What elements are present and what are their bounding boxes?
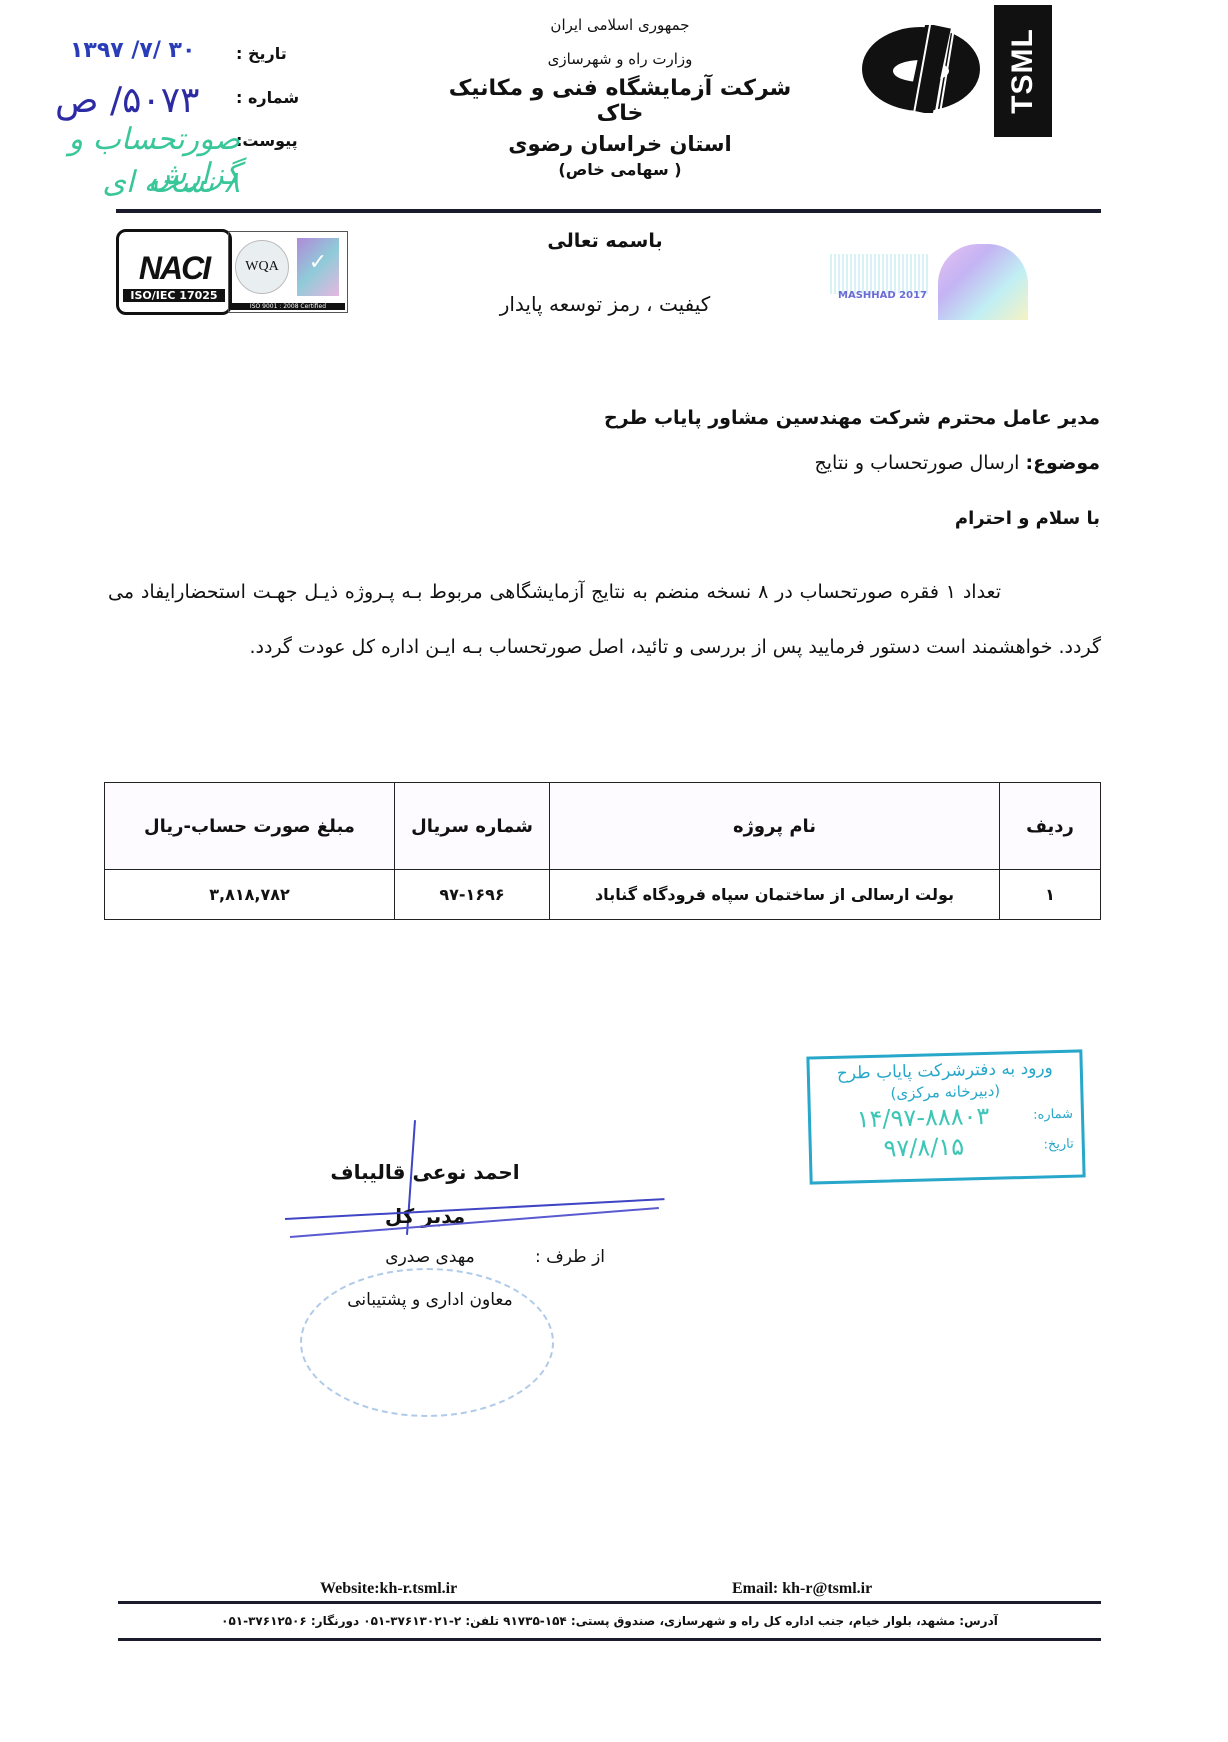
greeting: با سلام و احترام	[955, 508, 1100, 529]
footer-website: Website:kh-r.tsml.ir	[320, 1580, 457, 1598]
iso-cert-text: ISO 9001 : 2008 Certified	[231, 303, 345, 310]
cell-project-name: بولت ارسالی از ساختمان سپاه فرودگاه گناب…	[550, 870, 1000, 920]
date-label: تاریخ :	[236, 44, 287, 63]
invoice-table: ردیف نام پروژه شماره سریال مبلغ صورت حسا…	[104, 782, 1101, 920]
wqa-globe-icon: WQA	[235, 240, 289, 294]
col-header-project-name: نام پروژه	[550, 783, 1000, 870]
footer-email: Email: kh-r@tsml.ir	[732, 1580, 872, 1598]
col-header-row-number: ردیف	[1000, 783, 1101, 870]
cell-invoice-amount: ۳,۸۱۸,۷۸۲	[105, 870, 395, 920]
receipt-date-value: ۹۷/۸/۱۵	[819, 1131, 1028, 1164]
addressee: مدیر عامل محترم شرکت مهندسین مشاور پایاب…	[604, 407, 1100, 429]
signer-name: احمد نوعی قالیباف	[320, 1160, 530, 1184]
footer-divider-top	[118, 1601, 1101, 1604]
receipt-stamp: ورود به دفترشرکت پایاب طرح (دبیرخانه مرک…	[806, 1049, 1085, 1184]
date-value: ۱۳۹۷ /۷/ ۳۰	[70, 38, 195, 63]
receipt-number-value: ۱۴/۹۷-۸۸۸۰۳	[819, 1101, 1028, 1134]
republic-title: جمهوری اسلامی ایران	[430, 16, 810, 34]
company-disc-logo-icon	[860, 25, 982, 113]
cell-row-number: ۱	[1000, 870, 1101, 920]
ukas-checkmark-icon: ✓	[297, 238, 339, 296]
subject-label: موضوع:	[1025, 452, 1100, 474]
footer-divider-bottom	[118, 1638, 1101, 1641]
footer-address: آدرس: مشهد، بلوار خیام، جنب اداره کل راه…	[118, 1614, 1101, 1628]
ministry-title: وزارت راه و شهرسازی	[430, 50, 810, 68]
wqa-ukas-logo: WQA ✓ ISO 9001 : 2008 Certified	[228, 231, 348, 313]
receipt-date-label: تاریخ:	[1028, 1136, 1074, 1152]
tsml-logo-text: TSML	[1006, 28, 1040, 114]
receipt-number-row: شماره: ۱۴/۹۷-۸۸۸۰۳	[811, 1099, 1082, 1134]
company-name: شرکت آزمایشگاه فنی و مکانیک خاک	[430, 76, 810, 126]
subject-line: موضوع: ارسال صورتحساب و نتایج	[814, 452, 1100, 474]
header-divider	[116, 209, 1101, 213]
company-motto: کیفیت ، رمز توسعه پایدار	[430, 292, 780, 316]
table-header-row: ردیف نام پروژه شماره سریال مبلغ صورت حسا…	[105, 783, 1101, 870]
province-name: استان خراسان رضوی	[430, 132, 810, 156]
on-behalf-label: از طرف :	[535, 1247, 605, 1267]
col-header-serial-number: شماره سریال	[395, 783, 550, 870]
mashhad-2017-badge: MASHHAD 2017	[830, 232, 1030, 312]
naci-logo: NACI ISO/IEC 17025	[116, 229, 232, 315]
receipt-date-row: تاریخ: ۹۷/۸/۱۵	[811, 1129, 1082, 1164]
col-header-invoice-amount: مبلغ صورت حساب-ریال	[105, 783, 395, 870]
subject-value: ارسال صورتحساب و نتایج	[814, 452, 1019, 474]
shrine-dome-icon	[938, 244, 1028, 320]
naci-logo-text: NACI	[119, 250, 229, 287]
table-row: ۱ بولت ارسالی از ساختمان سپاه فرودگاه گن…	[105, 870, 1101, 920]
mashhad-badge-text: MASHHAD 2017	[838, 290, 927, 301]
attachment-label: پیوست:	[236, 131, 298, 150]
company-type: ( سهامی خاص)	[430, 160, 810, 179]
on-behalf-name: مهدی صدری	[340, 1247, 520, 1267]
number-value: ۵۰۷۳/ ص	[55, 80, 199, 121]
naci-standard: ISO/IEC 17025	[123, 289, 225, 302]
on-behalf-title: معاون اداری و پشتیبانی	[300, 1290, 560, 1310]
cell-serial-number: ۹۷-۱۶۹۶	[395, 870, 550, 920]
basmeh-heading: باسمه تعالی	[540, 230, 670, 252]
receipt-number-label: شماره:	[1027, 1106, 1073, 1122]
attachment-value-line2: ۸ نسخه ای	[60, 165, 240, 200]
number-label: شماره :	[236, 88, 299, 107]
letterhead: جمهوری اسلامی ایران وزارت راه و شهرسازی …	[430, 8, 810, 179]
letter-body-text: تعداد ۱ فقره صورتحساب در ۸ نسخه منضم به …	[108, 581, 1101, 658]
tsml-logo: TSML	[994, 5, 1052, 137]
letter-body: تعداد ۱ فقره صورتحساب در ۸ نسخه منضم به …	[108, 565, 1101, 675]
